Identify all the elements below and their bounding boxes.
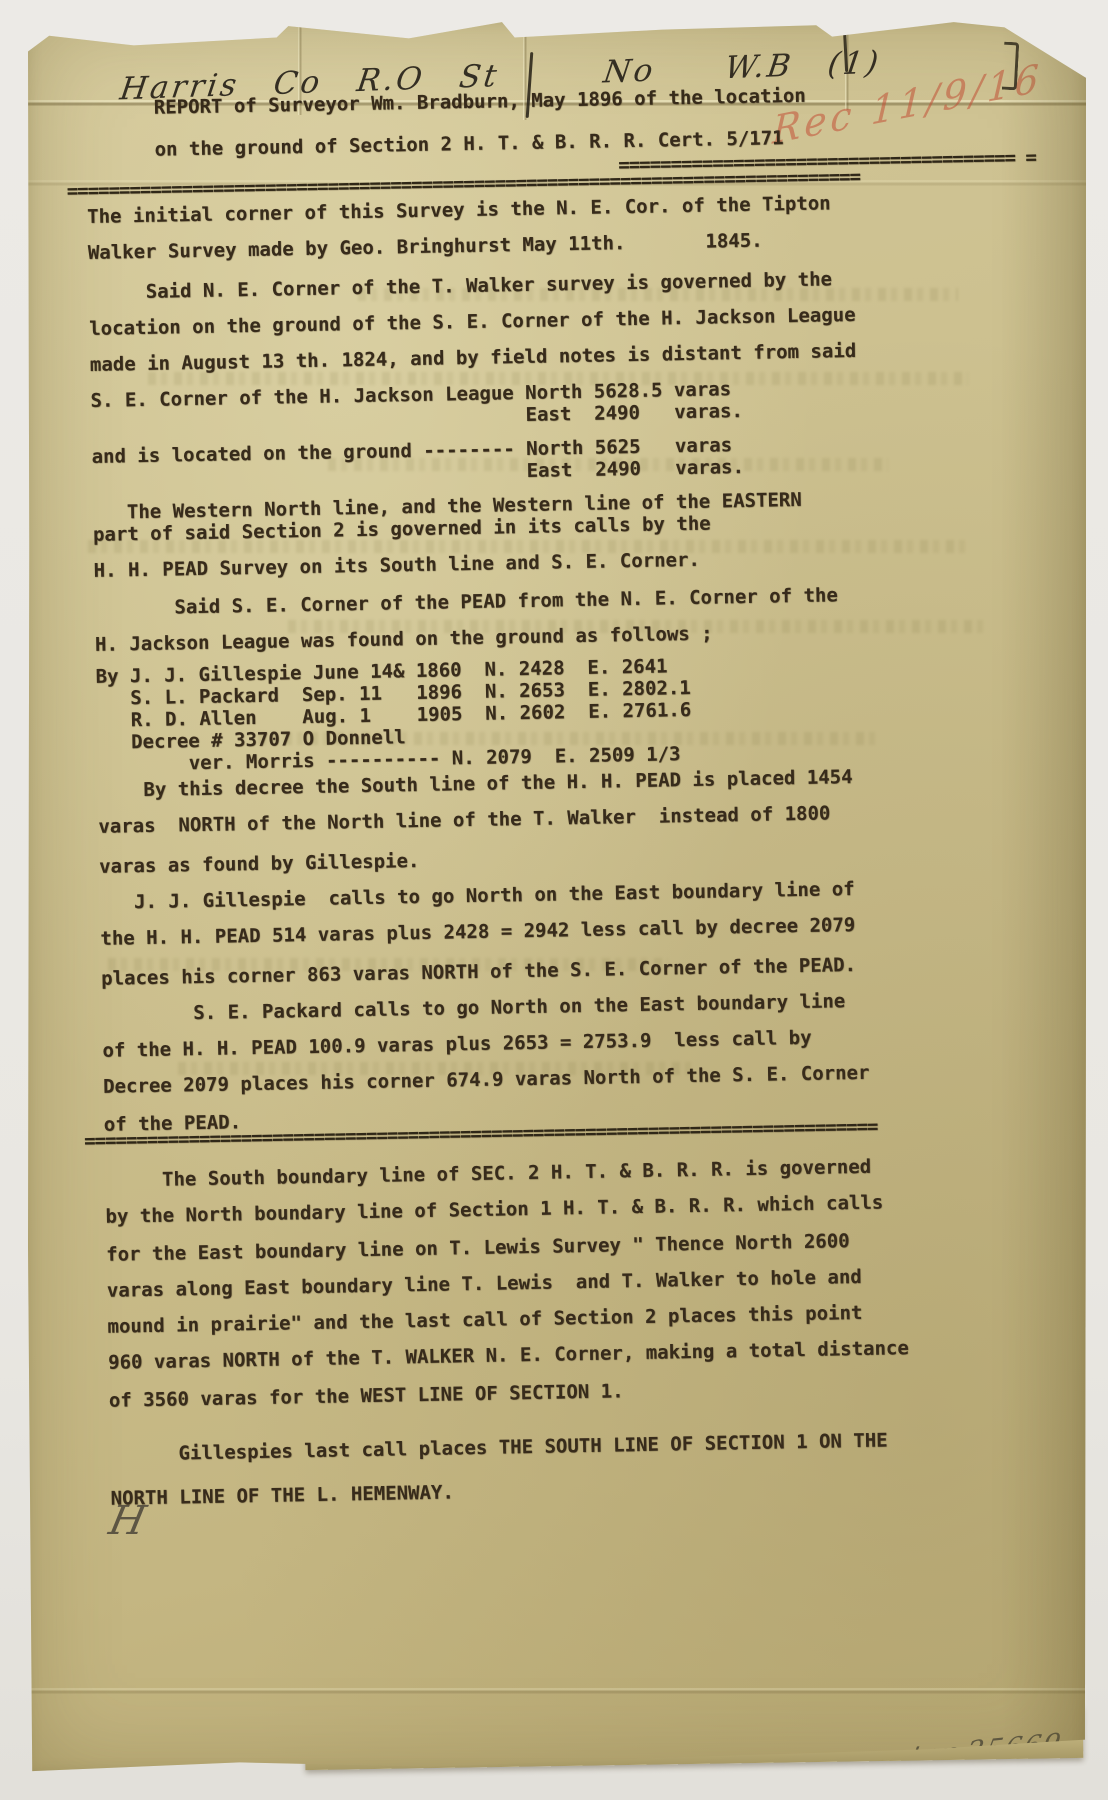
body-line: Said N. E. Corner of the T. Walker surve… [88,264,1048,304]
scanned-document-page: { "page": { "background_color": "#e9e7e2… [0,0,1108,1800]
body-line: H. H. PEAD Survey on its South line and … [93,542,1053,582]
body-line: The South boundary line of SEC. 2 H. T. … [105,1152,1065,1192]
typed-report-text: REPORT of Surveyor Wm. Bradburn, May 189… [85,80,1071,1509]
body-line: Gillespies last call places THE SOUTH LI… [110,1426,1070,1466]
fold-crease [28,1688,1086,1695]
document-page: Harris Co R.O St No W.B (1) Rec 11/9/16 … [28,20,1086,1772]
body-line: the H. H. PEAD 514 varas plus 2428 = 294… [100,910,1060,950]
body-line: Said S. E. Corner of the PEAD from the N… [94,580,1054,620]
body-line: varas NORTH of the North line of the T. … [98,798,1058,838]
body-line: varas along East boundary line T. Lewis … [107,1262,1067,1302]
body-line: Walker Survey made by Geo. Bringhurst Ma… [88,224,1048,264]
body-line: varas as found by Gillespie. [99,838,1059,878]
body-line: J. J. Gillespie calls to go North on the… [100,874,1060,914]
body-line: NORTH LINE OF THE L. HEMENWAY. [110,1470,1070,1510]
body-line: by the North boundary line of Section 1 … [105,1188,1065,1228]
body-line: places his corner 863 varas NORTH of the… [101,950,1061,990]
body-line: of the H. H. PEAD 100.9 varas plus 2653 … [102,1022,1062,1062]
body-line: made in August 13 th. 1824, and by field… [90,336,1050,376]
body-line: location on the ground of the S. E. Corn… [89,300,1049,340]
body-line: mound in prairie" and the last call of S… [107,1298,1067,1338]
body-line: for the East boundary line on T. Lewis S… [106,1226,1066,1266]
body-line: Decree 2079 places his corner 674.9 vara… [103,1058,1063,1098]
body-line: of 3560 varas for the WEST LINE OF SECTI… [109,1372,1069,1412]
body-line: 960 varas NORTH of the T. WALKER N. E. C… [108,1334,1068,1374]
body-line: S. E. Packard calls to go North on the E… [102,986,1062,1026]
